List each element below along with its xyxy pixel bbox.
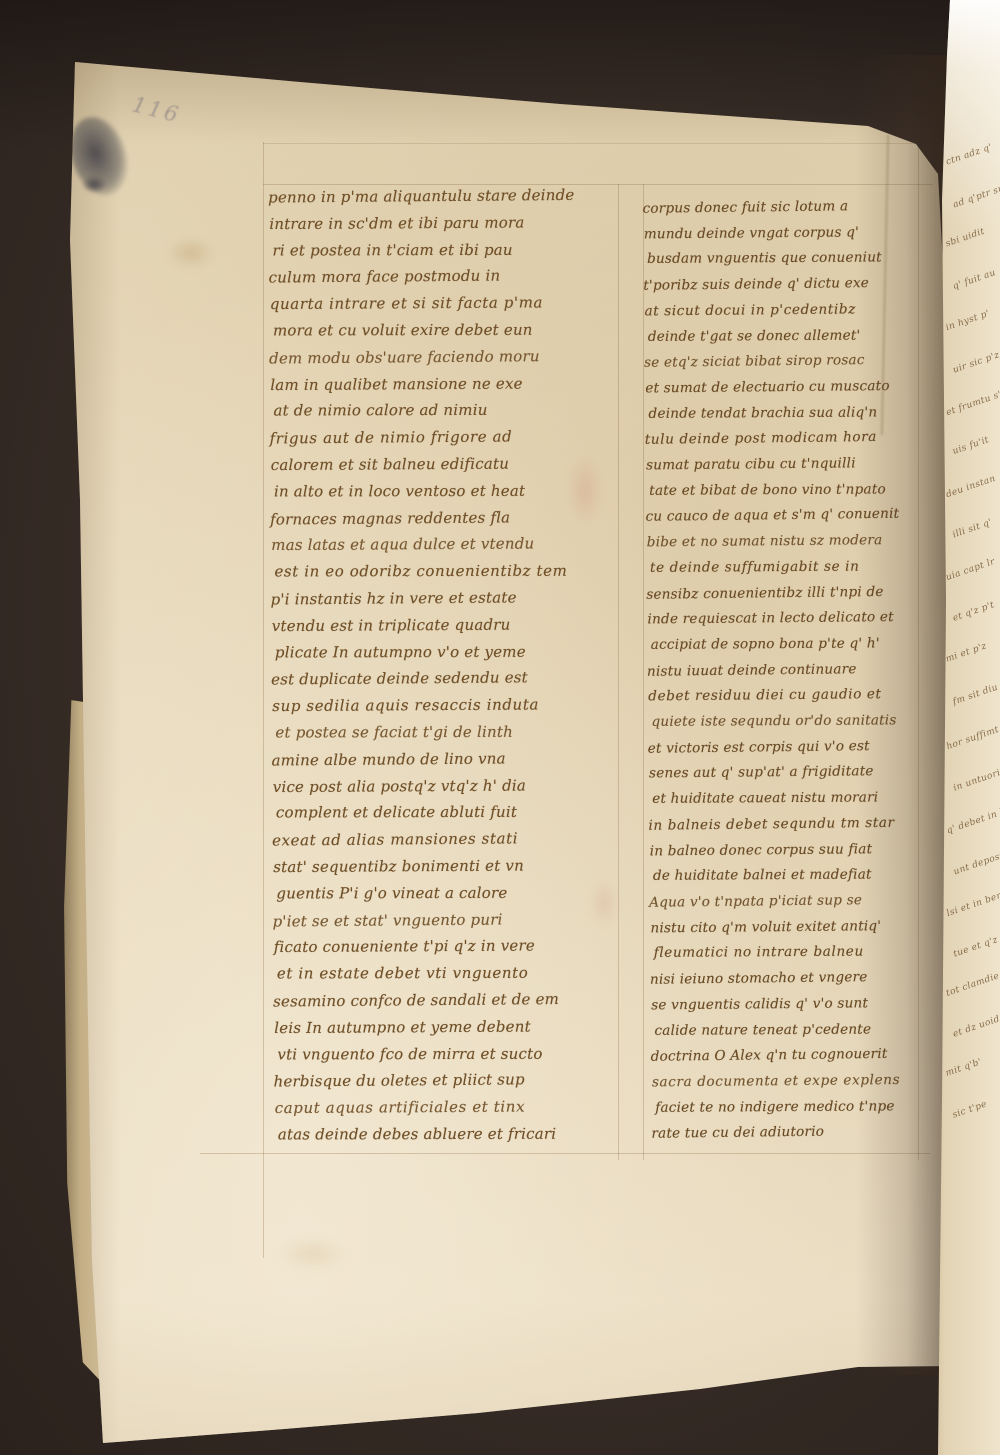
edge-text-fragment: q' fuit au: [952, 267, 998, 291]
edge-text-fragment: sic t'pe: [951, 1099, 988, 1120]
edge-text-fragment: tue et q'z sup: [952, 928, 1000, 959]
text-line: atas deinde debes abluere et fricari: [278, 1120, 623, 1148]
ruling-line-vertical: [263, 142, 264, 1258]
manuscript-photo: 116 penno in p'ma aliquantulu stare dein…: [0, 0, 1000, 1455]
parchment-stain: [280, 1238, 346, 1270]
text-line: calorem et sit balneu edificatu: [271, 450, 616, 479]
text-line: dem modu obs'uare faciendo moru: [269, 342, 614, 372]
text-line: caput aquas artificiales et tinx: [275, 1093, 620, 1122]
text-line: stat' sequentibz bonimenti et vn: [273, 852, 618, 881]
edge-text-fragment: lsi et in berries: [945, 885, 1000, 919]
text-line: et in estate debet vti vnguento: [277, 960, 622, 988]
text-line: sesamino confco de sandali et de em: [273, 985, 618, 1015]
text-line: vti vnguento fco de mirra et sucto: [277, 1040, 622, 1068]
text-line: sup sedilia aquis resaccis induta: [272, 691, 617, 720]
text-line: at de nimio calore ad nimiu: [273, 397, 618, 425]
text-column-left: penno in p'ma aliquantulu stare deindein…: [269, 182, 620, 1149]
text-line: penno in p'ma aliquantulu stare deinde: [268, 182, 613, 212]
text-line: p'i instantis hz in vere et estate: [270, 583, 615, 613]
text-line: est in eo odoribz conuenientibz tem: [274, 558, 619, 586]
text-line: complent et delicate abluti fuit: [276, 799, 621, 827]
edge-text-fragment: in untuoris d': [952, 762, 1000, 793]
text-line: intrare in sc'dm et ibi paru mora: [269, 209, 614, 238]
edge-text-fragment: sbi uidit: [944, 227, 986, 250]
edge-text-fragment: uis fu'it: [951, 435, 990, 457]
text-line: guentis P'i g'o vineat a calore: [276, 879, 621, 907]
edge-text-fragment: mit q'b': [944, 1057, 983, 1079]
text-line: culum mora face postmodu in: [269, 262, 614, 292]
edge-text-fragment: unt deposit' et: [952, 844, 1000, 877]
gutter-shadow: [856, 55, 948, 1375]
text-line: ficato conueniente t'pi q'z in vere: [274, 932, 619, 961]
parchment-stain: [168, 238, 214, 268]
text-line: fornaces magnas reddentes fla: [270, 503, 615, 533]
text-line: p'iet se et stat' vnguento puri: [272, 905, 617, 935]
text-line: frigus aut de nimio frigore ad: [269, 423, 614, 453]
edge-text-fragment: q' debet in libis: [945, 802, 1000, 837]
text-line: plicate In autumpno v'o et yeme: [275, 638, 620, 666]
text-line: quarta intrare et si sit facta p'ma: [270, 289, 615, 318]
edge-text-fragment: mi et p'z: [945, 641, 989, 664]
text-line: amine albe mundo de lino vna: [271, 744, 616, 774]
edge-text-fragment: et frumtu s': [945, 390, 1000, 418]
edge-text-fragment: et dz uoid: [952, 1014, 1000, 1039]
manuscript-page: 116 penno in p'ma aliquantulu stare dein…: [0, 0, 1000, 1455]
text-line: in alto et in loco ventoso et heat: [274, 477, 619, 505]
text-line: herbisque du oletes et pliict sup: [273, 1066, 618, 1096]
edge-text-fragment: in hyst p': [945, 309, 992, 333]
edge-text-fragment: ad q'ptr su: [952, 183, 1000, 210]
edge-text-fragment: tot clamdie: [945, 971, 1000, 999]
edge-text-fragment: et q'z p't: [952, 600, 996, 624]
text-line: est duplicate deinde sedendu est: [271, 664, 616, 694]
edge-text-fragment: uia capt lr: [945, 557, 997, 583]
edge-text-fragment: illi sit q': [951, 517, 993, 540]
text-line: vtendu est in triplicate quadru: [272, 611, 617, 640]
ink-smudge-dot: [82, 176, 106, 193]
text-line: vice post alia postq'z vtq'z h' dia: [273, 771, 618, 800]
text-line: et postea se faciat t'gi de linth: [275, 718, 620, 746]
text-line: mas latas et aqua dulce et vtendu: [271, 530, 616, 559]
text-line: leis In autumpno et yeme debent: [274, 1013, 619, 1042]
ruling-line-horizontal: [263, 143, 933, 144]
text-line: lam in qualibet mansione ne exe: [270, 370, 615, 399]
edge-text-fragment: ctn adz q': [945, 142, 994, 167]
text-line: exeat ad alias mansiones stati: [272, 825, 617, 855]
edge-text-fragment: hor suffimt ali: [945, 720, 1000, 752]
text-line: mora et cu voluit exire debet eun: [273, 317, 618, 345]
edge-text-fragment: deu instan: [945, 474, 997, 500]
text-line: ri et postea in t'ciam et ibi pau: [272, 236, 617, 264]
edge-text-fragment: fm sit diu: [952, 682, 1000, 707]
ruling-line-horizontal: [200, 1153, 930, 1154]
edge-text-fragment: uir sic p'z: [952, 350, 1000, 375]
